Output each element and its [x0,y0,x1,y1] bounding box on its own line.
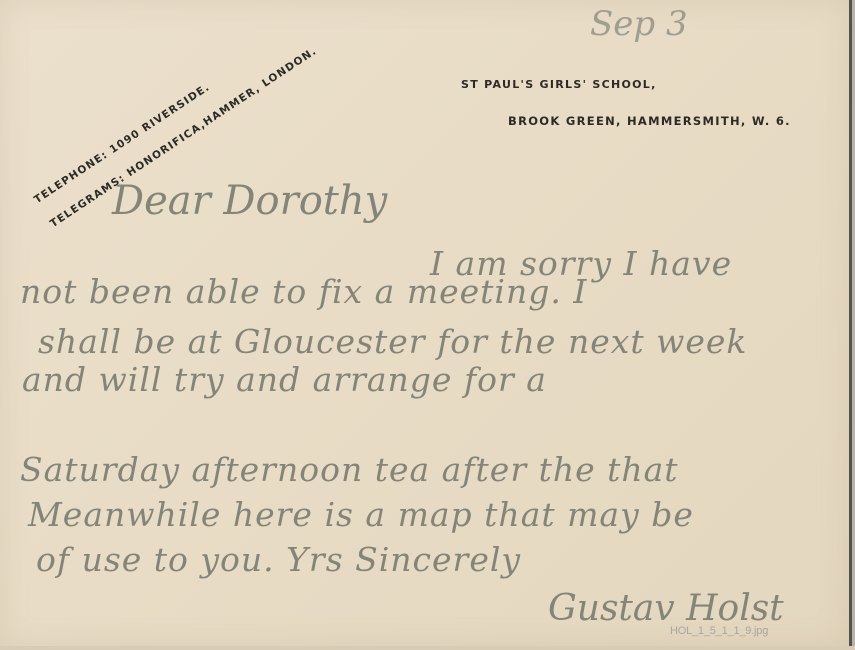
letterhead-school-name: ST PAUL'S GIRLS' SCHOOL, [461,78,657,91]
letterhead-address: BROOK GREEN, HAMMERSMITH, W. 6. [508,114,791,128]
letter-date: Sep 3 [590,4,688,44]
letter-card: TELEPHONE: 1090 RIVERSIDE. TELEGRAMS: HO… [0,0,849,646]
letter-body-line: not been able to fix a meeting. I [20,272,587,311]
image-filename-label: HOL_1_5_1_1_9.jpg [670,625,768,637]
letter-body-line: of use to you. Yrs Sincerely [36,540,521,579]
letter-signature: Gustav Holst [548,588,784,629]
letter-body-line: shall be at Gloucester for the next week [38,322,747,361]
card-bottom-edge [0,646,855,650]
letter-body-line: and will try and arrange for a [22,360,547,399]
letter-body-line: Saturday afternoon tea after the that [20,450,679,489]
letter-body-line: Meanwhile here is a map that may be [28,495,694,534]
letter-salutation: Dear Dorothy [112,178,387,224]
